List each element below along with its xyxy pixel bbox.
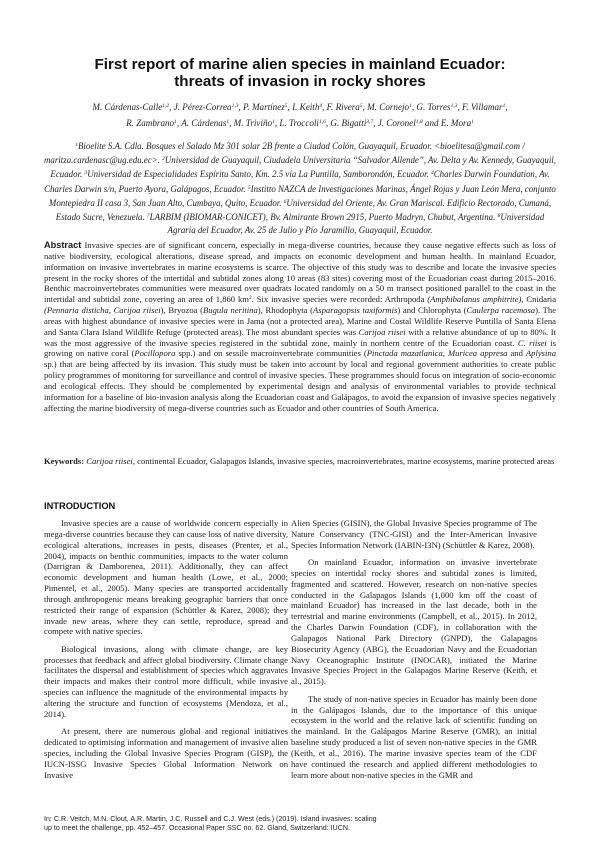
author-list: M. Cárdenas-Calle1,2, J. Pérez-Correa1,3… (40, 99, 560, 130)
affiliation: 7LARBIM (IBIOMAR-CONICET), Bv. Almirante… (147, 212, 495, 222)
author: F. Villamar1 (462, 102, 505, 112)
author: G. Bigatti3,7 (330, 118, 373, 128)
author: R. Zambrano1 (126, 118, 177, 128)
author: P. Martínez5 (243, 102, 288, 112)
abstract: Abstract Invasive species are of signifi… (44, 240, 556, 414)
author: M. Cárdenas-Calle1,2 (92, 102, 169, 112)
author: M. Cornejo1 (367, 102, 412, 112)
paragraph-continuation: Alien Species (GISIN), the Global Invasi… (291, 518, 537, 551)
author: E. Mora1 (441, 118, 474, 128)
affiliation: 3Universidad de Especialidades Espíritu … (84, 169, 428, 179)
footer-line-1: In: C.R. Veitch, M.N. Clout, A.R. Martin… (44, 815, 564, 824)
author: F. Rivera5 (327, 102, 363, 112)
citation-footer: In: C.R. Veitch, M.N. Clout, A.R. Martin… (44, 815, 564, 833)
author: G. Torres1,3 (416, 102, 457, 112)
paragraph: Biological invasions, along with climate… (44, 644, 288, 720)
authors-joiner: and (425, 118, 439, 128)
body-column-right: Alien Species (GISIN), the Global Invasi… (291, 518, 537, 787)
title-line-1: First report of marine alien species in … (40, 56, 560, 73)
paragraph: The study of non-native species in Ecuad… (291, 694, 537, 781)
author: J. Coronel1,8 (378, 118, 423, 128)
keywords-label: Keywords: (44, 456, 84, 466)
keyword-list: , continental Ecuador, Galapagos Islands… (133, 456, 555, 466)
body-column-left: Invasive species are a cause of worldwid… (44, 518, 288, 787)
keywords: Keywords: Carijoa riisei, continental Ec… (44, 456, 556, 467)
section-heading-introduction: INTRODUCTION (44, 501, 115, 511)
footer-line-2: up to meet the challenge, pp. 452–457. O… (44, 824, 564, 833)
affiliations: 1Bioelite S.A. Cdla. Bosques el Salado M… (44, 139, 556, 237)
author: A. Cárdenas1 (181, 118, 229, 128)
abstract-label: Abstract (44, 240, 81, 250)
paragraph: On mainland Ecuador, information on inva… (291, 557, 537, 687)
keyword-species: Carijoa riisei (86, 456, 133, 466)
title-line-2: threats of invasion in rocky shores (40, 73, 560, 90)
paragraph: Invasive species are a cause of worldwid… (44, 518, 288, 637)
author: L. Troccoli1,6 (279, 118, 325, 128)
paragraph: At present, there are numerous global an… (44, 726, 288, 780)
paper-title: First report of marine alien species in … (40, 56, 560, 90)
author: J. Pérez-Correa1,3 (174, 102, 239, 112)
author: I. Keith4 (292, 102, 322, 112)
author: M. Triviño1 (234, 118, 275, 128)
paper-page: First report of marine alien species in … (0, 0, 600, 849)
